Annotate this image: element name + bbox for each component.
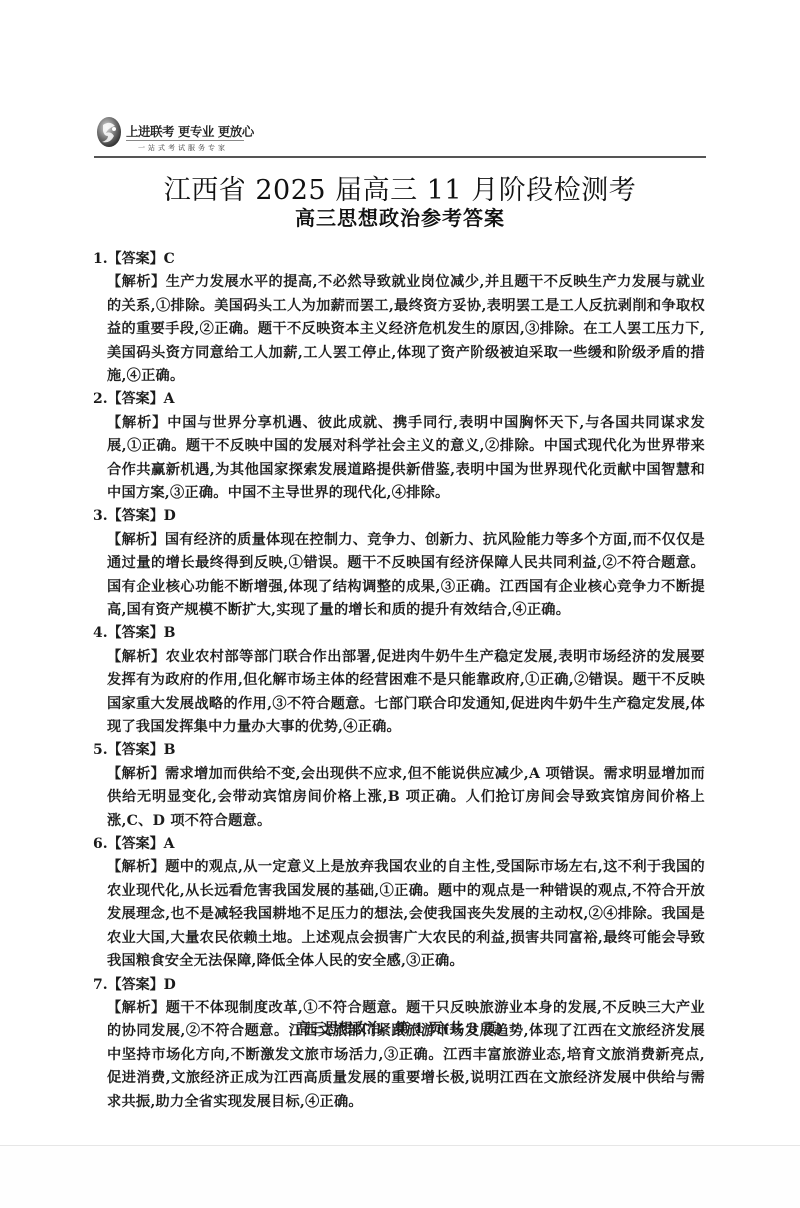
analysis-content: 农业农村部等部门联合作出部署,促进肉牛奶牛生产稳定发展,表明市场经济的发展要发挥… xyxy=(107,649,705,735)
document-subtitle: 高三思想政治参考答案 xyxy=(0,202,800,231)
answer-tag: 【答案】 xyxy=(108,625,164,641)
logo-tagline: 一站式考试服务专家 xyxy=(138,143,228,153)
question-item: 7.【答案】D 【解析】题干不体现制度改革,①不符合题意。题干只反映旅游业本身的… xyxy=(93,974,705,1114)
answer-tag: 【答案】 xyxy=(108,977,164,993)
analysis-text: 【解析】题干不体现制度改革,①不符合题意。题干只反映旅游业本身的发展,不反映三大… xyxy=(107,997,705,1114)
analysis-text: 【解析】生产力发展水平的提高,不必然导致就业岗位减少,并且题干不反映生产力发展与… xyxy=(107,271,705,388)
logo-emblem-icon xyxy=(96,116,122,150)
answer-value: D xyxy=(164,977,176,993)
analysis-content: 中国与世界分享机遇、彼此成就、携手同行,表明中国胸怀天下,与各国共同谋求发展,①… xyxy=(107,415,705,501)
answer-tag: 【答案】 xyxy=(108,836,164,852)
answer-list: 1.【答案】C 【解析】生产力发展水平的提高,不必然导致就业岗位减少,并且题干不… xyxy=(93,248,705,1114)
question-item: 4.【答案】B 【解析】农业农村部等部门联合作出部署,促进肉牛奶牛生产稳定发展,… xyxy=(93,622,705,739)
answer-value: A xyxy=(164,836,175,852)
analysis-text: 【解析】农业农村部等部门联合作出部署,促进肉牛奶牛生产稳定发展,表明市场经济的发… xyxy=(107,646,705,740)
question-answer-line: 2.【答案】A xyxy=(93,388,705,411)
analysis-tag: 【解析】 xyxy=(107,274,166,290)
answer-value: A xyxy=(164,391,175,407)
analysis-tag: 【解析】 xyxy=(107,1000,166,1016)
answer-tag: 【答案】 xyxy=(108,508,164,524)
question-item: 3.【答案】D 【解析】国有经济的质量体现在控制力、竞争力、创新力、抗风险能力等… xyxy=(93,505,705,622)
question-answer-line: 1.【答案】C xyxy=(93,248,705,271)
question-answer-line: 6.【答案】A xyxy=(93,833,705,856)
analysis-text: 【解析】需求增加而供给不变,会出现供不应求,但不能说供应减少,A 项错误。需求明… xyxy=(107,763,705,833)
question-item: 2.【答案】A 【解析】中国与世界分享机遇、彼此成就、携手同行,表明中国胸怀天下… xyxy=(93,388,705,505)
answer-tag: 【答案】 xyxy=(108,391,164,407)
question-item: 1.【答案】C 【解析】生产力发展水平的提高,不必然导致就业岗位减少,并且题干不… xyxy=(93,248,705,388)
answer-tag: 【答案】 xyxy=(108,251,164,267)
question-number: 3. xyxy=(93,508,108,524)
analysis-text: 【解析】题中的观点,从一定意义上是放弃我国农业的自主性,受国际市场左右,这不利于… xyxy=(107,856,705,973)
answer-value: B xyxy=(164,625,176,641)
analysis-tag: 【解析】 xyxy=(107,532,165,548)
analysis-content: 题中的观点,从一定意义上是放弃我国农业的自主性,受国际市场左右,这不利于我国的农… xyxy=(107,859,705,969)
question-number: 2. xyxy=(93,391,108,407)
analysis-content: 生产力发展水平的提高,不必然导致就业岗位减少,并且题干不反映生产力发展与就业的关… xyxy=(107,274,705,384)
question-number: 7. xyxy=(93,977,108,993)
question-number: 4. xyxy=(93,625,108,641)
document-page: 上进联考 更专业 更放心 一站式考试服务专家 江西省 2025 届高三 11 月… xyxy=(0,0,800,1146)
question-item: 5.【答案】B 【解析】需求增加而供给不变,会出现供不应求,但不能说供应减少,A… xyxy=(93,739,705,833)
answer-value: C xyxy=(164,251,175,267)
question-answer-line: 7.【答案】D xyxy=(93,974,705,997)
answer-tag: 【答案】 xyxy=(108,742,164,758)
analysis-tag: 【解析】 xyxy=(107,649,166,665)
analysis-tag: 【解析】 xyxy=(107,415,167,431)
page-footer: 高三思想政治 第 1 页(共 3 页) xyxy=(0,1018,800,1038)
question-answer-line: 3.【答案】D xyxy=(93,505,705,528)
analysis-text: 【解析】国有经济的质量体现在控制力、竞争力、创新力、抗风险能力等多个方面,而不仅… xyxy=(107,529,705,623)
analysis-text: 【解析】中国与世界分享机遇、彼此成就、携手同行,表明中国胸怀天下,与各国共同谋求… xyxy=(107,412,705,506)
question-number: 1. xyxy=(93,251,108,267)
analysis-content: 国有经济的质量体现在控制力、竞争力、创新力、抗风险能力等多个方面,而不仅仅是通过… xyxy=(107,532,705,618)
logo-slogan: 上进联考 更专业 更放心 xyxy=(126,122,254,140)
page-bottom-edge xyxy=(0,1145,800,1146)
analysis-content: 题干不体现制度改革,①不符合题意。题干只反映旅游业本身的发展,不反映三大产业的协… xyxy=(107,1000,705,1110)
question-item: 6.【答案】A 【解析】题中的观点,从一定意义上是放弃我国农业的自主性,受国际市… xyxy=(93,833,705,973)
analysis-tag: 【解析】 xyxy=(107,859,165,875)
question-number: 6. xyxy=(93,836,108,852)
answer-value: B xyxy=(164,742,176,758)
logo-divider xyxy=(126,140,244,141)
answer-value: D xyxy=(164,508,176,524)
question-answer-line: 4.【答案】B xyxy=(93,622,705,645)
analysis-tag: 【解析】 xyxy=(107,766,165,782)
analysis-content: 需求增加而供给不变,会出现供不应求,但不能说供应减少,A 项错误。需求明显增加而… xyxy=(107,766,705,829)
header-rule xyxy=(94,156,706,158)
question-answer-line: 5.【答案】B xyxy=(93,739,705,762)
publisher-logo: 上进联考 更专业 更放心 一站式考试服务专家 xyxy=(96,116,286,156)
question-number: 5. xyxy=(93,742,108,758)
